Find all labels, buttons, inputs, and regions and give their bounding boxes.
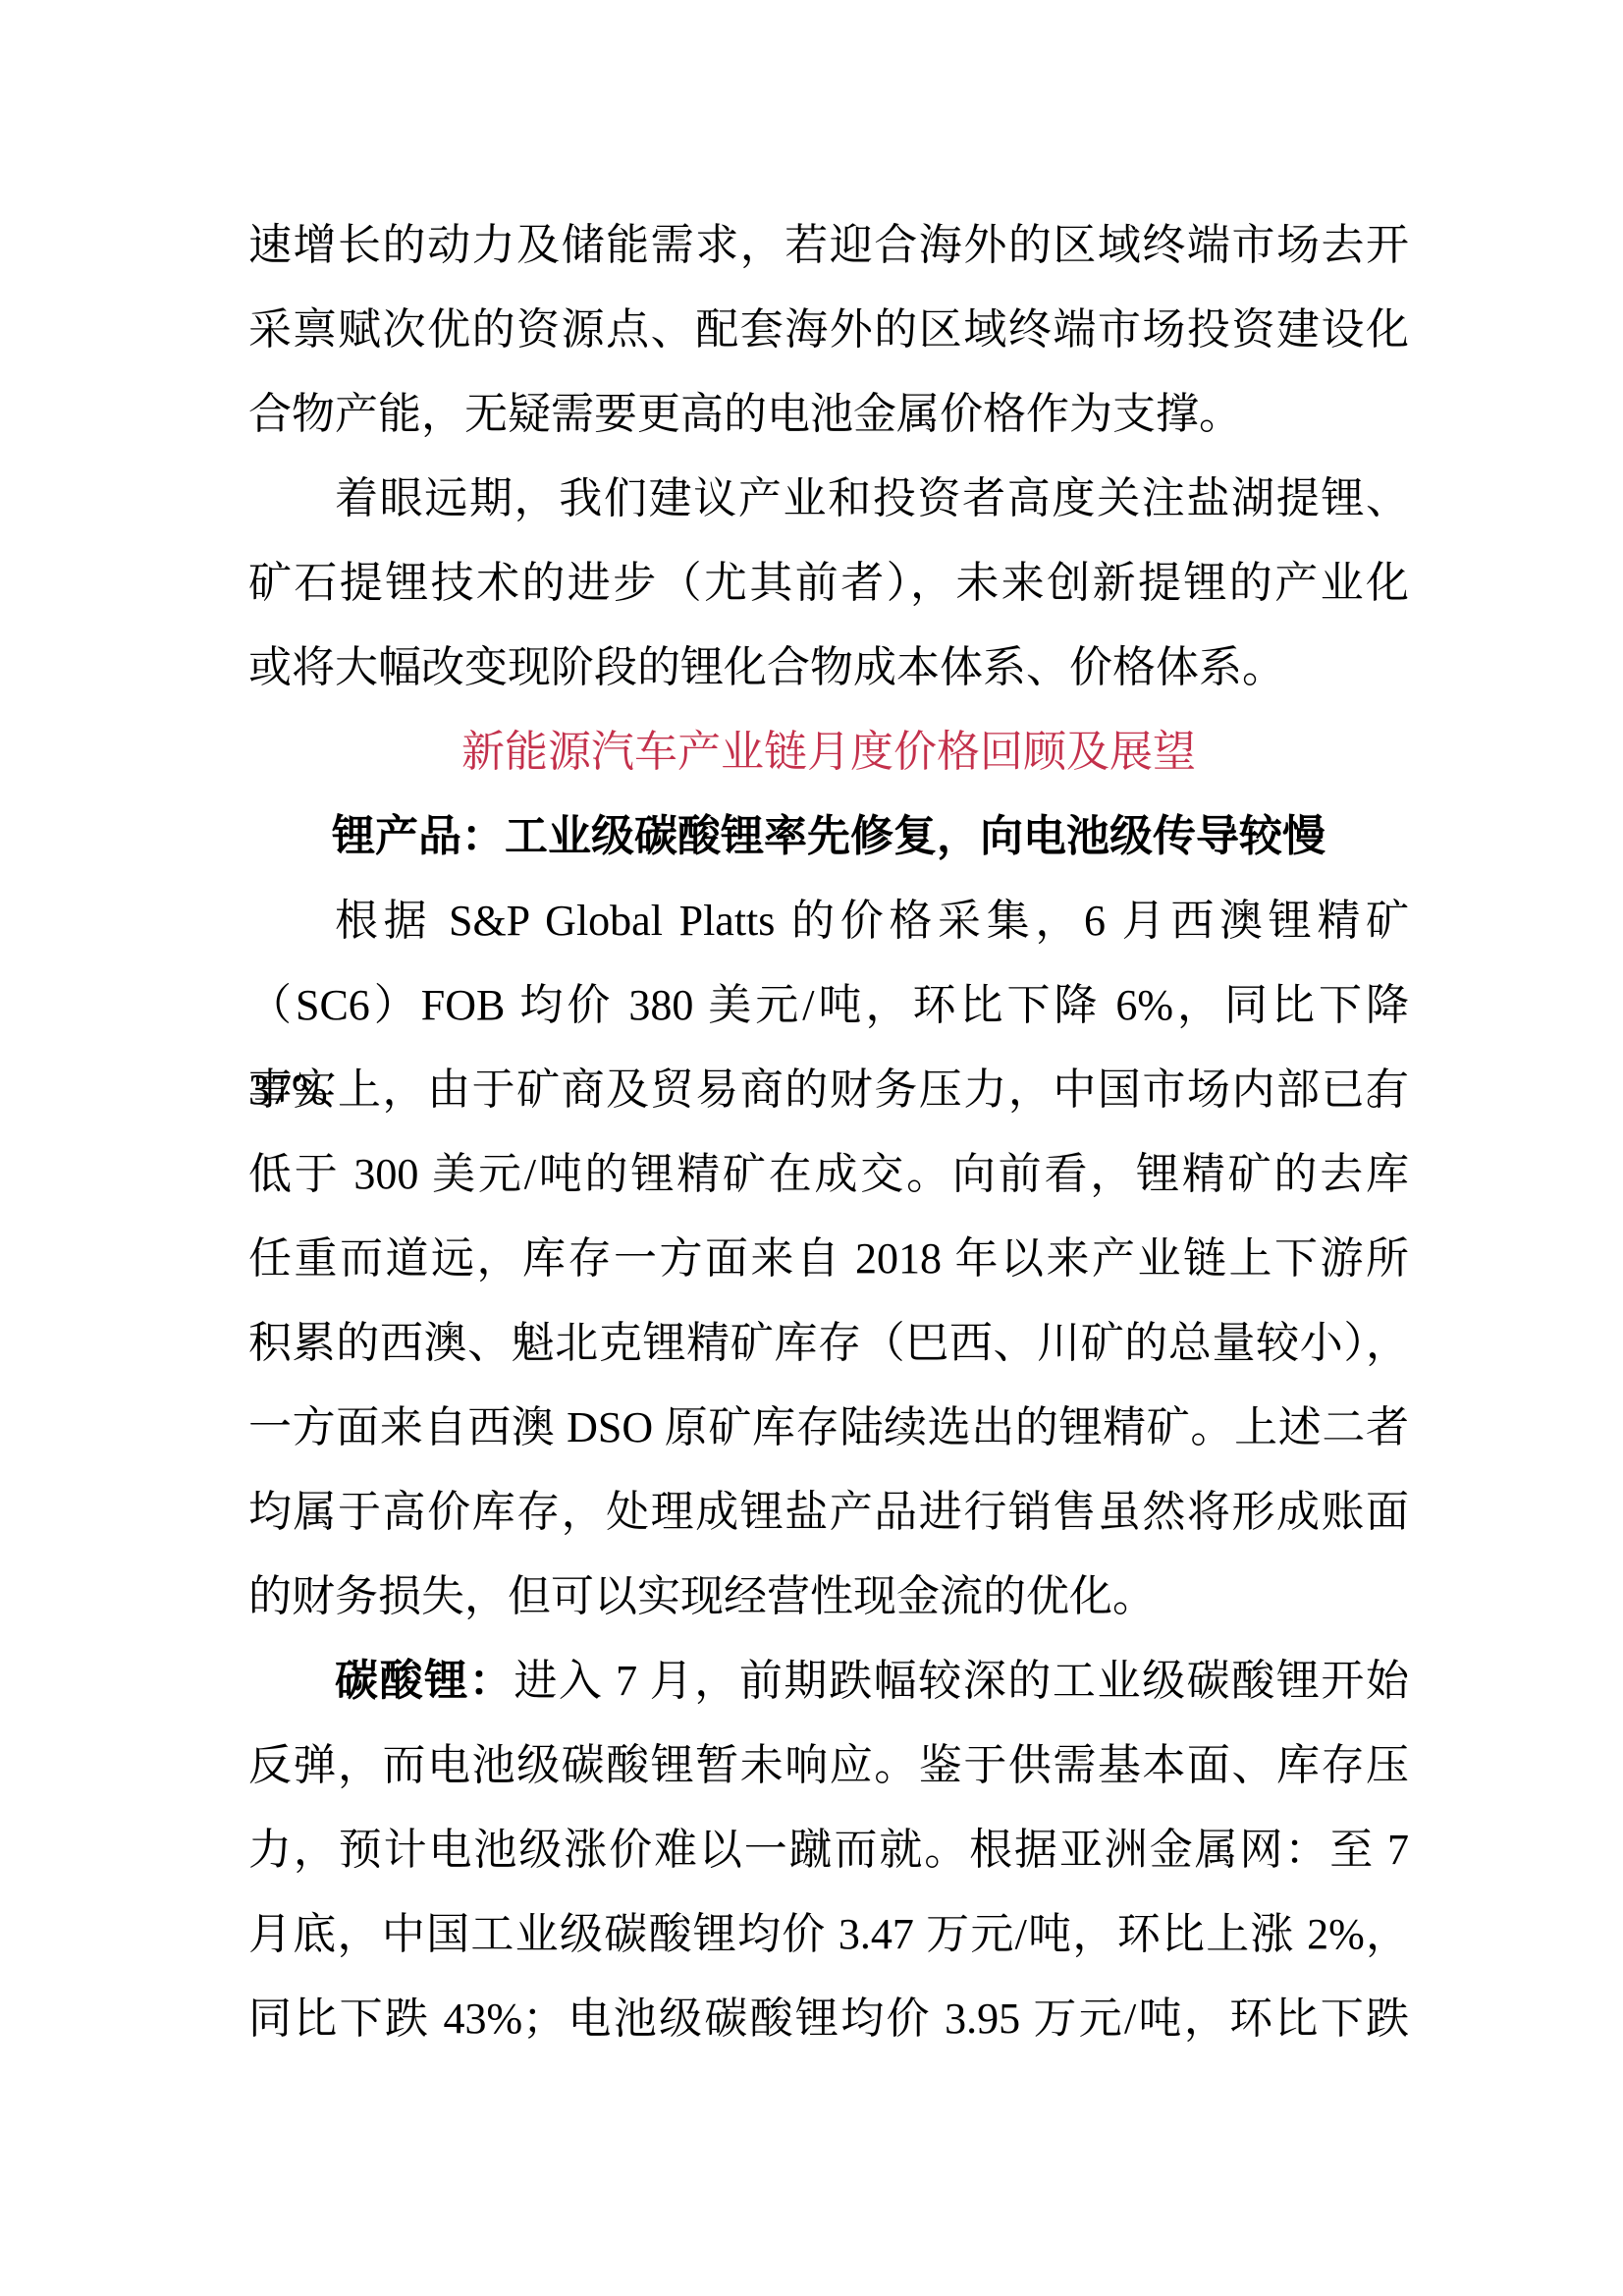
text-line: 一方面来自西澳 DSO 原矿库存陆续选出的锂精矿。上述二者 bbox=[248, 1386, 1409, 1470]
text-line: 月底，中国工业级碳酸锂均价 3.47 万元/吨，环比上涨 2%， bbox=[248, 1892, 1409, 1977]
text-line: 采禀赋次优的资源点、配套海外的区域终端市场投资建设化 bbox=[248, 288, 1409, 372]
text-run: 矿石提锂技术的进步（尤其前者），未来创新提锂的产业化 bbox=[248, 559, 1409, 607]
text-line: 同比下跌 43%；电池级碳酸锂均价 3.95 万元/吨，环比下跌 bbox=[248, 1977, 1409, 2061]
text-run: 力，预计电池级涨价难以一蹴而就。根据亚洲金属网：至 7 bbox=[248, 1826, 1409, 1874]
text-run: 的财务损失，但可以实现经营性现金流的优化。 bbox=[248, 1572, 1156, 1620]
text-line: 速增长的动力及储能需求，若迎合海外的区域终端市场去开 bbox=[248, 203, 1409, 288]
text-line: 的财务损失，但可以实现经营性现金流的优化。 bbox=[248, 1555, 1409, 1639]
text-line: （SC6）FOB 均价 380 美元/吨，环比下降 6%，同比下降 37%。 bbox=[248, 963, 1409, 1048]
para-overseas-capacity: 速增长的动力及储能需求，若迎合海外的区域终端市场去开采禀赋次优的资源点、配套海外… bbox=[248, 203, 1409, 457]
text-line: 锂产品：工业级碳酸锂率先修复，向电池级传导较慢 bbox=[248, 794, 1409, 879]
para-lithium-carbonate: 碳酸锂：进入 7 月，前期跌幅较深的工业级碳酸锂开始反弹，而电池级碳酸锂暂未响应… bbox=[248, 1639, 1409, 2061]
document-page: 速增长的动力及储能需求，若迎合海外的区域终端市场去开采禀赋次优的资源点、配套海外… bbox=[0, 0, 1623, 2296]
bold-text-run: 碳酸锂： bbox=[335, 1657, 514, 1705]
text-line: 低于 300 美元/吨的锂精矿在成交。向前看，锂精矿的去库 bbox=[248, 1132, 1409, 1217]
text-line: 均属于高价库存，处理成锂盐产品进行销售虽然将形成账面 bbox=[248, 1470, 1409, 1555]
text-line: 事实上，由于矿商及贸易商的财务压力，中国市场内部已有 bbox=[248, 1048, 1409, 1132]
text-line: 矿石提锂技术的进步（尤其前者），未来创新提锂的产业化 bbox=[248, 541, 1409, 626]
text-line: 反弹，而电池级碳酸锂暂未响应。鉴于供需基本面、库存压 bbox=[248, 1723, 1409, 1808]
text-run: 或将大幅改变现阶段的锂化合物成本体系、价格体系。 bbox=[248, 643, 1285, 691]
text-line: 着眼远期，我们建议产业和投资者高度关注盐湖提锂、 bbox=[248, 457, 1409, 541]
para-long-term-lithium-tech: 着眼远期，我们建议产业和投资者高度关注盐湖提锂、矿石提锂技术的进步（尤其前者），… bbox=[248, 457, 1409, 710]
subsection-heading-lithium-products: 锂产品：工业级碳酸锂率先修复，向电池级传导较慢 bbox=[248, 794, 1409, 879]
text-run: 任重而道远，库存一方面来自 2018 年以来产业链上下游所 bbox=[248, 1234, 1409, 1283]
text-line: 合物产能，无疑需要更高的电池金属价格作为支撑。 bbox=[248, 372, 1409, 457]
text-line: 新能源汽车产业链月度价格回顾及展望 bbox=[248, 710, 1409, 794]
text-run: 合物产能，无疑需要更高的电池金属价格作为支撑。 bbox=[248, 390, 1242, 438]
text-run: 根据 S&P Global Platts 的价格采集，6 月西澳锂精矿 bbox=[335, 897, 1409, 945]
text-run: 着眼远期，我们建议产业和投资者高度关注盐湖提锂、 bbox=[335, 474, 1409, 522]
text-run: 速增长的动力及储能需求，若迎合海外的区域终端市场去开 bbox=[248, 221, 1409, 269]
text-run: 均属于高价库存，处理成锂盐产品进行销售虽然将形成账面 bbox=[248, 1488, 1409, 1536]
text-run: 进入 7 月，前期跌幅较深的工业级碳酸锂开始 bbox=[514, 1657, 1409, 1705]
section-heading-monthly-price-review: 新能源汽车产业链月度价格回顾及展望 bbox=[248, 710, 1409, 794]
document-body: 速增长的动力及储能需求，若迎合海外的区域终端市场去开采禀赋次优的资源点、配套海外… bbox=[248, 203, 1409, 2061]
text-run: 事实上，由于矿商及贸易商的财务压力，中国市场内部已有 bbox=[248, 1066, 1409, 1114]
text-run: 一方面来自西澳 DSO 原矿库存陆续选出的锂精矿。上述二者 bbox=[248, 1403, 1409, 1451]
text-line: 任重而道远，库存一方面来自 2018 年以来产业链上下游所 bbox=[248, 1217, 1409, 1301]
text-line: 根据 S&P Global Platts 的价格采集，6 月西澳锂精矿 bbox=[248, 879, 1409, 963]
text-line: 或将大幅改变现阶段的锂化合物成本体系、价格体系。 bbox=[248, 626, 1409, 710]
text-run: 同比下跌 43%；电池级碳酸锂均价 3.95 万元/吨，环比下跌 bbox=[248, 1995, 1409, 2043]
text-run: 低于 300 美元/吨的锂精矿在成交。向前看，锂精矿的去库 bbox=[248, 1150, 1409, 1198]
text-run: 反弹，而电池级碳酸锂暂未响应。鉴于供需基本面、库存压 bbox=[248, 1741, 1409, 1789]
text-run: 积累的西澳、魁北克锂精矿库存（巴西、川矿的总量较小）， bbox=[248, 1319, 1409, 1367]
text-line: 碳酸锂：进入 7 月，前期跌幅较深的工业级碳酸锂开始 bbox=[248, 1639, 1409, 1723]
para-spodumene-price: 根据 S&P Global Platts 的价格采集，6 月西澳锂精矿（SC6）… bbox=[248, 879, 1409, 1639]
text-run: 月底，中国工业级碳酸锂均价 3.47 万元/吨，环比上涨 2%， bbox=[248, 1910, 1409, 1958]
text-run: 新能源汽车产业链月度价格回顾及展望 bbox=[461, 728, 1196, 776]
text-line: 力，预计电池级涨价难以一蹴而就。根据亚洲金属网：至 7 bbox=[248, 1808, 1409, 1892]
text-run: 采禀赋次优的资源点、配套海外的区域终端市场投资建设化 bbox=[248, 305, 1409, 354]
text-run: 锂产品：工业级碳酸锂率先修复，向电池级传导较慢 bbox=[332, 812, 1325, 860]
text-line: 积累的西澳、魁北克锂精矿库存（巴西、川矿的总量较小）， bbox=[248, 1301, 1409, 1386]
